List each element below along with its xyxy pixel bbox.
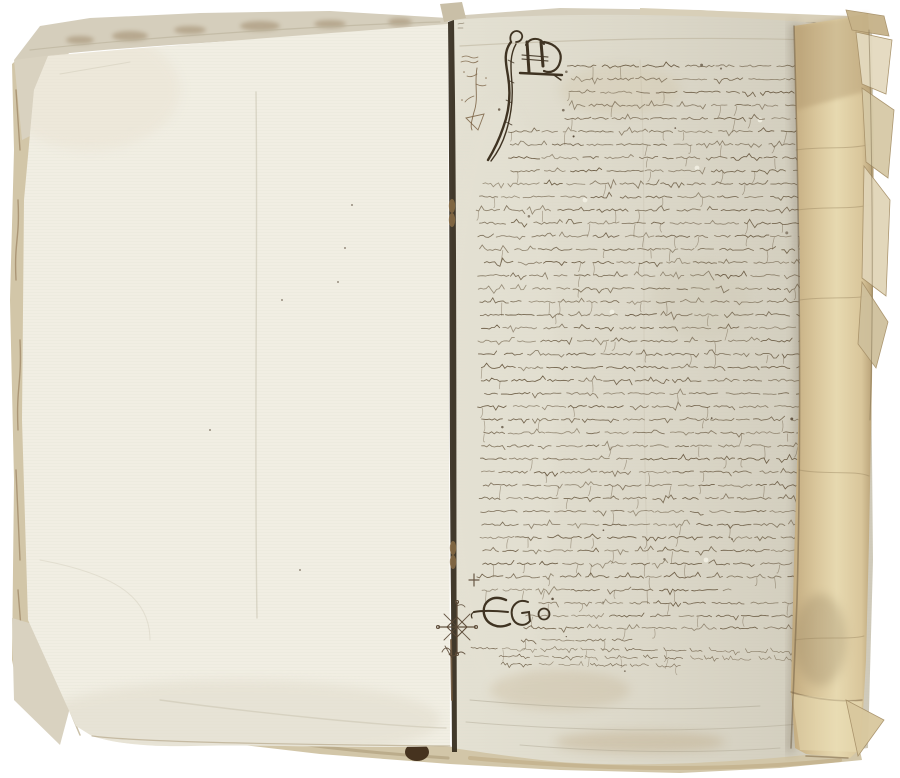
manuscript-photo (0, 0, 900, 778)
photo-stage: Opened parchment register: blank left pa… (0, 0, 900, 778)
parchment-strap (790, 13, 874, 758)
left-page (0, 10, 460, 770)
